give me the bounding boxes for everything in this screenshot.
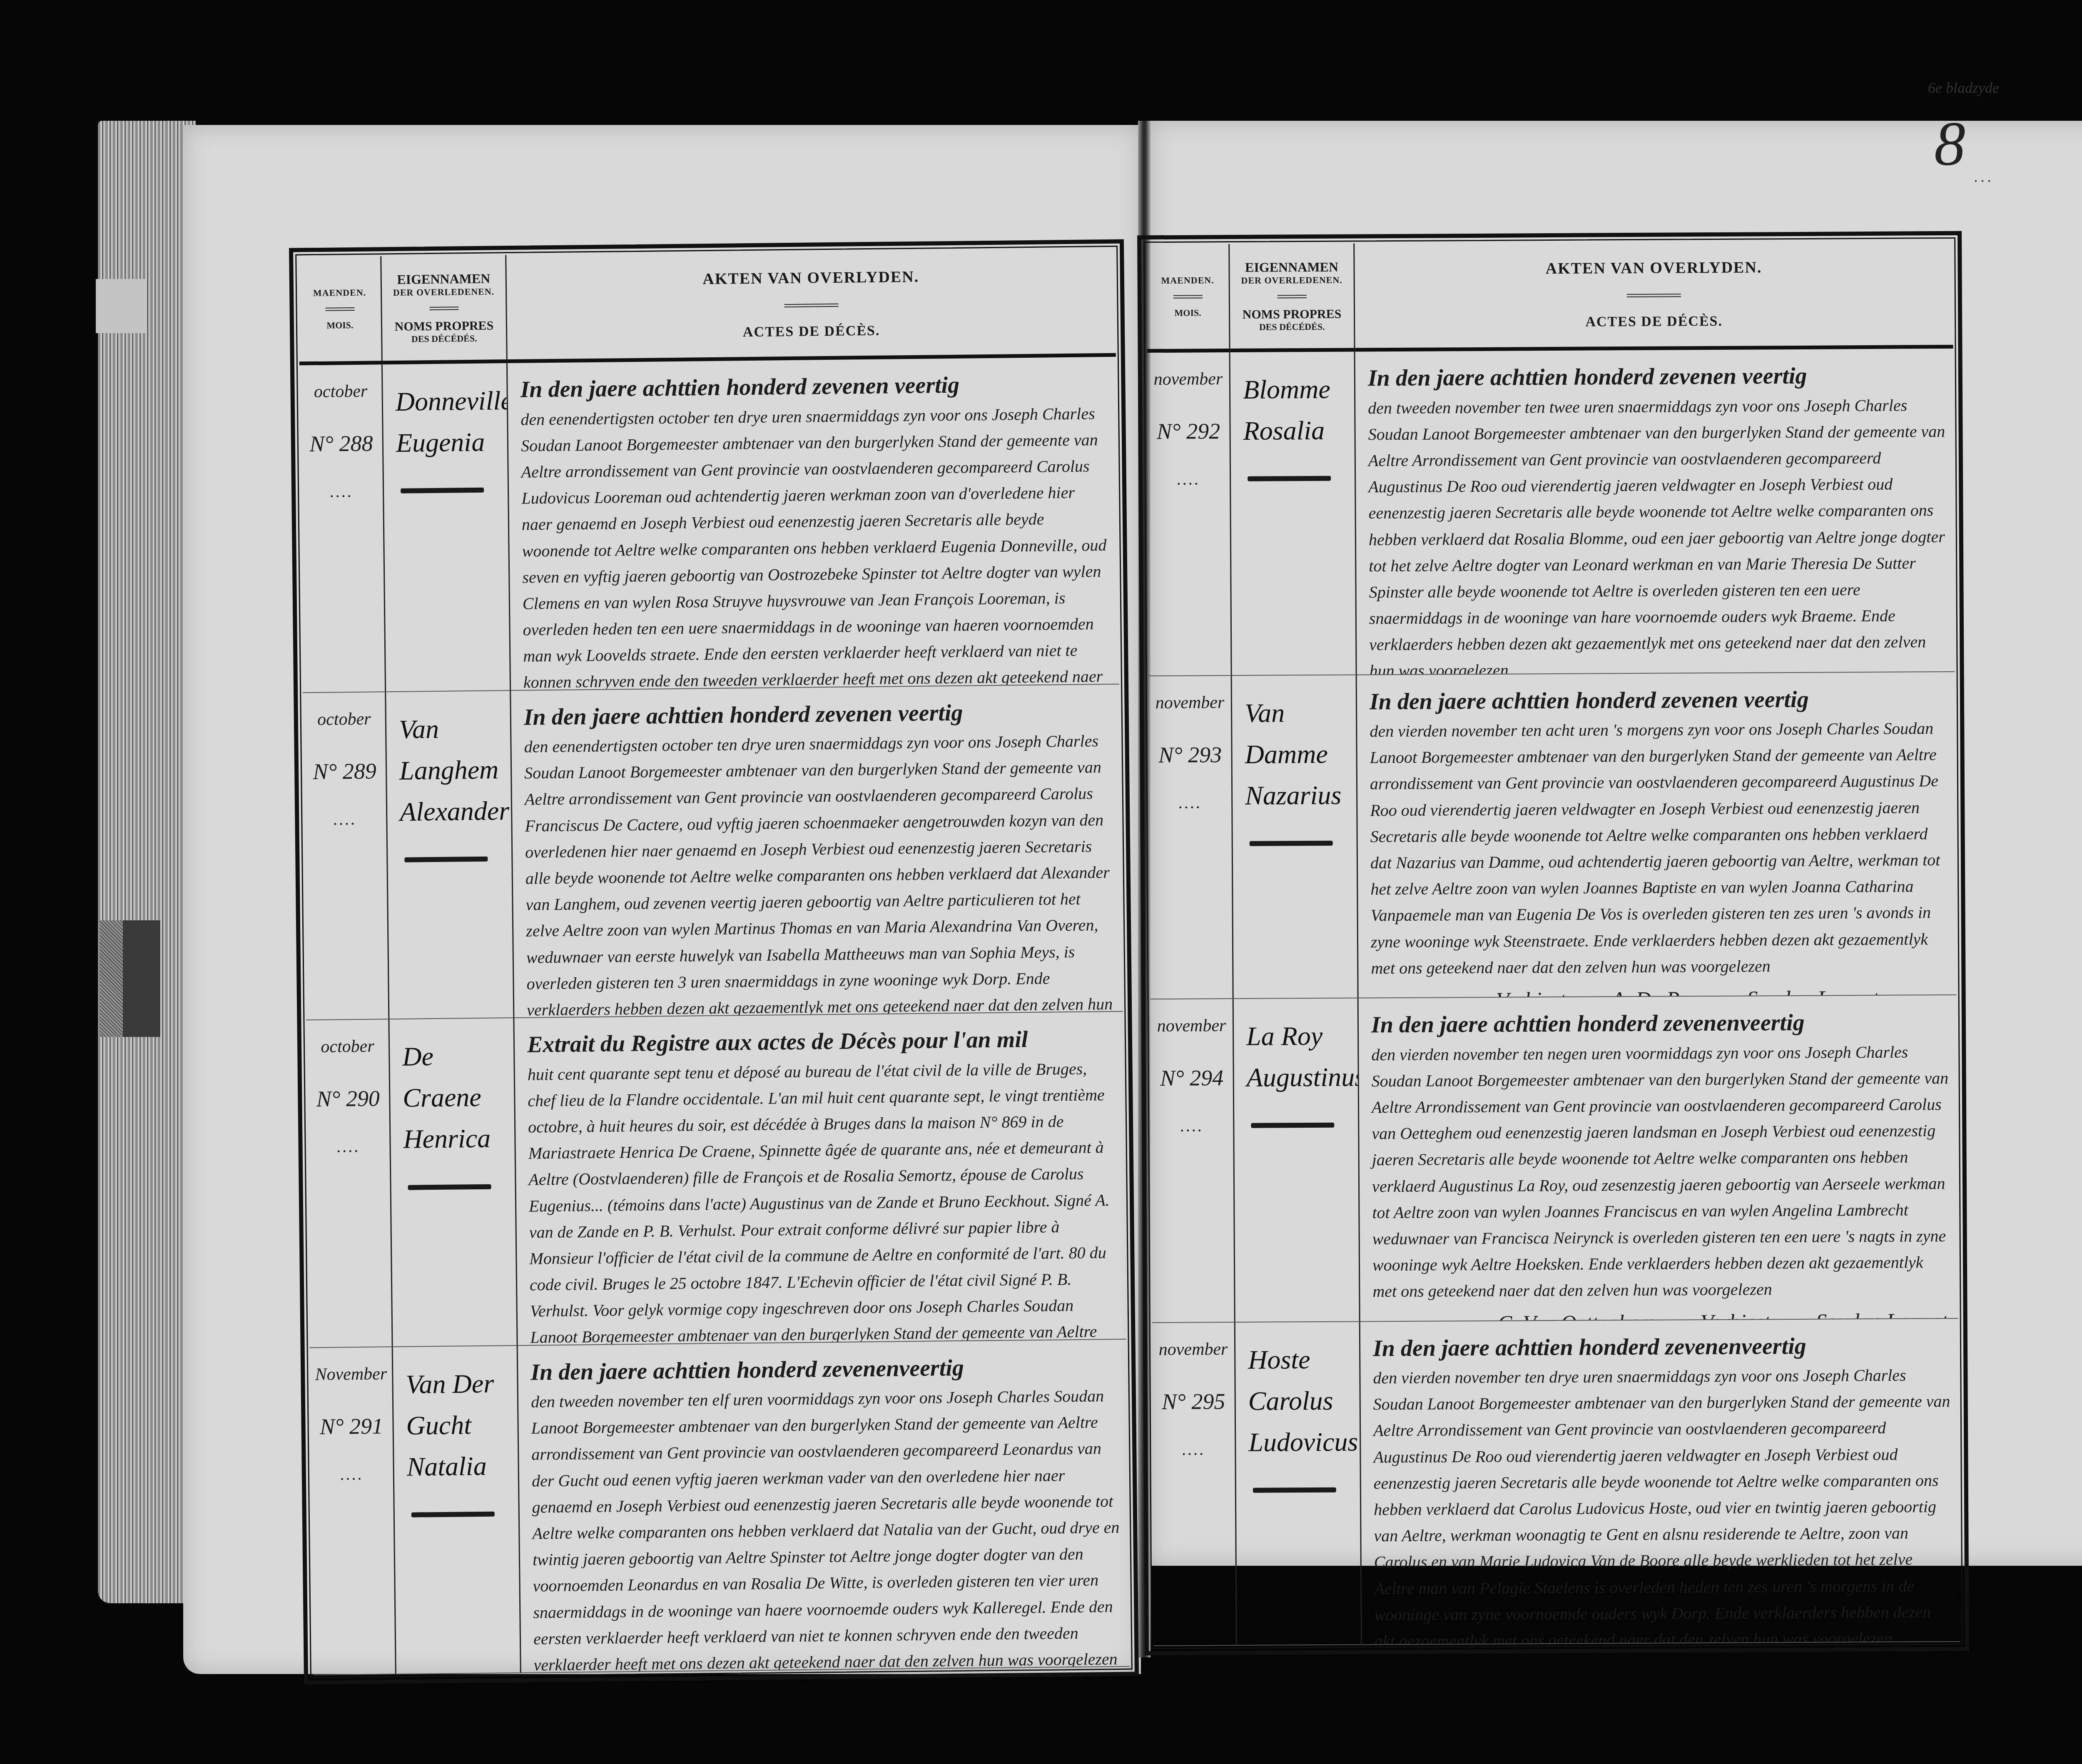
entry-month-cell: november N° 294 .... [1151,999,1235,1323]
entry-act-cell: In den jaere achttien honderd zevenen ve… [511,684,1123,1018]
double-rule [1627,294,1681,297]
entry-given-name: Henrica [403,1118,506,1160]
entry-name-cell: Van Langhem Alexander [386,691,514,1020]
page-clip-top [96,279,146,333]
register-grid-right: MAENDEN. MOIS. EIGENNAMEN DER OVERLEDENE… [1146,240,1960,1646]
entry-month: october [306,1036,389,1057]
entry-given-name: Augustinus [1246,1056,1350,1098]
entry-name-underline [1248,476,1331,481]
entry-month: November [310,1364,392,1385]
header-acts-fr: ACTES DE DÉCÈS. [743,323,880,340]
entry-month: november [1152,1339,1234,1360]
entry-incipit: In den jaere achttien honderd zevenen ve… [524,698,1112,730]
entry-ditto-mark: .... [1149,792,1231,812]
entry-act-cell: Extrait du Registre aux actes de Décès p… [514,1012,1126,1346]
entry-month-cell: November N° 291 .... [310,1347,396,1676]
entry-month-cell: november N° 293 .... [1149,676,1234,1000]
entry-surname: Blomme [1243,369,1346,410]
entry-act-text: den eenendertigsten october ten drye ure… [520,400,1111,691]
entry-incipit: In den jaere achttien honderd zevenen ve… [1368,363,1945,391]
entry-surname: Hoste [1248,1338,1351,1380]
header-month-fr: MOIS. [326,319,353,331]
page-stack-left-edge [98,121,196,1603]
register-grid-left: MAENDEN. MOIS. EIGENNAMEN DER OVERLEDENE… [298,249,1130,1675]
entry-act-cell: In den jaere achttien honderd zevenenvee… [518,1339,1130,1673]
entry-name-cell: Van Damme Nazarius [1232,675,1359,999]
entry-number: N° 289 [304,758,386,785]
entry-given-name: Eugenia [396,421,499,464]
header-acts-fr: ACTES DE DÉCÈS. [1585,313,1723,330]
entry-act-cell: In den jaere achttien honderd zevenenvee… [1359,995,1958,1322]
entry-ditto-mark: .... [1148,469,1230,489]
entry-surname: Van Damme [1245,692,1348,775]
entry-act-cell: In den jaere achttien honderd zevenen ve… [508,357,1119,691]
double-rule [429,306,458,310]
entry-act-cell: In den jaere achttien honderd zevenen ve… [1357,672,1957,998]
header-names-nl-1: EIGENNAMEN [397,271,490,287]
entry-name-cell: Donneville Eugenia [383,363,511,692]
header-names-fr-1: NOMS PROPRES [395,319,494,334]
entry-surname: De Craene [402,1035,506,1119]
entry-ditto-mark: .... [304,809,386,829]
entry-name-cell: Van Der Gucht Natalia [393,1345,521,1674]
header-names-fr-2: DES DÉCÉDÉS. [411,333,477,345]
entry-incipit: In den jaere achttien honderd zevenenvee… [1373,1333,1950,1362]
header-names-nl-1: EIGENNAMEN [1245,259,1338,275]
entry-given-name: Natalia [406,1445,510,1487]
header-month: MAENDEN. MOIS. [298,256,383,365]
entry-number: N° 295 [1153,1388,1235,1415]
entry-act-cell: In den jaere achttien honderd zevenen ve… [1355,349,1955,675]
entry-incipit: In den jaere achttien honderd zevenen ve… [1370,686,1947,715]
entry-number: N° 294 [1151,1065,1233,1091]
double-rule [1277,295,1306,298]
entry-act-text: den vierden november ten acht uren 's mo… [1370,715,1948,981]
entry-surname: La Roy [1246,1015,1350,1057]
entry-act-text: huit cent quarante sept tenu et déposé a… [527,1055,1118,1346]
entry-act-text: den vierden november ten drye uren snaer… [1373,1362,1952,1645]
header-acts-nl: AKTEN VAN OVERLYDEN. [702,267,919,288]
header-names-nl-2: DER OVERLEDENEN. [393,286,495,298]
entry-ditto-mark: .... [301,481,383,501]
header-month-fr: MOIS. [1174,307,1201,318]
register-right: MAENDEN. MOIS. EIGENNAMEN DER OVERLEDENE… [1137,231,1969,1655]
entry-number: N° 291 [310,1413,393,1440]
entry-month: october [299,381,381,402]
entry-surname: Van Der Gucht [406,1363,509,1446]
entry-given-name: Nazarius [1245,774,1348,816]
entry-month-cell: october N° 288 .... [299,364,386,693]
header-acts: AKTEN VAN OVERLYDEN. ACTES DE DÉCÈS. [506,249,1116,363]
entry-incipit: Extrait du Registre aux actes de Décès p… [527,1026,1115,1058]
entry-given-name: Carolus Ludovicus [1248,1380,1351,1463]
header-month: MAENDEN. MOIS. [1146,244,1230,353]
double-rule [1173,295,1202,298]
entry-name-underline [401,488,484,493]
entry-act-text: den eenendertigsten october ten drye ure… [524,728,1115,1018]
entry-month-cell: november N° 295 .... [1152,1323,1237,1647]
entry-month-cell: october N° 289 .... [303,692,389,1021]
entry-act-text: den tweeden november ten twee uren snaer… [1368,392,1947,675]
dots-mark: ... [1974,167,1994,186]
header-acts: AKTEN VAN OVERLYDEN. ACTES DE DÉCÈS. [1355,240,1953,352]
corner-annotation: 6e bladzyde [1928,79,1999,97]
header-names: EIGENNAMEN DER OVERLEDENEN. NOMS PROPRES… [381,255,508,364]
double-rule [784,303,838,307]
entry-month-cell: october N° 290 .... [306,1019,393,1348]
folio-mark: 8 [1934,108,1965,180]
signature: Verbiest [1496,988,1566,999]
entry-number: N° 290 [307,1085,389,1112]
entry-ditto-mark: .... [311,1464,393,1484]
entry-ditto-mark: .... [307,1136,389,1156]
entry-month: october [303,709,385,730]
entry-surname: Van Langhem [399,708,503,791]
entry-number: N° 292 [1147,418,1229,444]
double-rule [325,307,354,311]
entry-name-underline [411,1512,495,1517]
entry-given-name: Rosalia [1243,410,1346,451]
entry-ditto-mark: .... [1153,1439,1235,1459]
header-names: EIGENNAMEN DER OVERLEDENEN. NOMS PROPRES… [1230,243,1355,352]
register-left: MAENDEN. MOIS. EIGENNAMEN DER OVERLEDENE… [289,239,1139,1685]
entry-surname: Donneville [395,380,498,422]
entry-incipit: In den jaere achttien honderd zevenen ve… [520,371,1108,403]
entry-name-cell: La Roy Augustinus [1234,998,1360,1322]
entry-act-cell: In den jaere achttien honderd zevenenvee… [1360,1318,1960,1645]
entry-name-cell: De Craene Henrica [389,1018,518,1347]
entry-name-underline [1251,1123,1334,1128]
entry-given-name: Alexander [400,790,503,832]
page-clip-middle [100,920,160,1037]
header-month-nl: MAENDEN. [1161,275,1214,286]
entry-name-underline [404,857,488,862]
entry-name-underline [1250,841,1333,846]
entry-name-underline [408,1184,491,1190]
header-names-fr-2: DES DÉCÉDÉS. [1259,321,1325,333]
entry-name-underline [1253,1487,1336,1493]
entry-month: november [1147,369,1229,389]
entry-act-text: den tweeden november ten elf uren voormi… [531,1383,1121,1673]
entry-incipit: In den jaere achttien honderd zevenenvee… [1371,1009,1948,1038]
header-names-fr-1: NOMS PROPRES [1243,307,1342,322]
entry-month-cell: november N° 292 .... [1147,352,1232,676]
entry-number: N° 288 [300,430,383,457]
entry-act-text: den vierden november ten negen uren voor… [1371,1039,1950,1305]
entry-name-cell: Blomme Rosalia [1230,351,1357,675]
header-month-nl: MAENDEN. [313,287,366,298]
header-names-nl-2: DER OVERLEDENEN. [1241,275,1342,286]
entry-month: november [1149,693,1231,713]
entry-name-cell: Hoste Carolus Ludovicus [1235,1322,1362,1646]
entry-incipit: In den jaere achttien honderd zevenenvee… [530,1353,1118,1385]
entry-ditto-mark: .... [1151,1116,1233,1136]
header-acts-nl: AKTEN VAN OVERLYDEN. [1546,258,1762,278]
entry-number: N° 293 [1149,742,1231,768]
entry-month: november [1151,1016,1233,1036]
